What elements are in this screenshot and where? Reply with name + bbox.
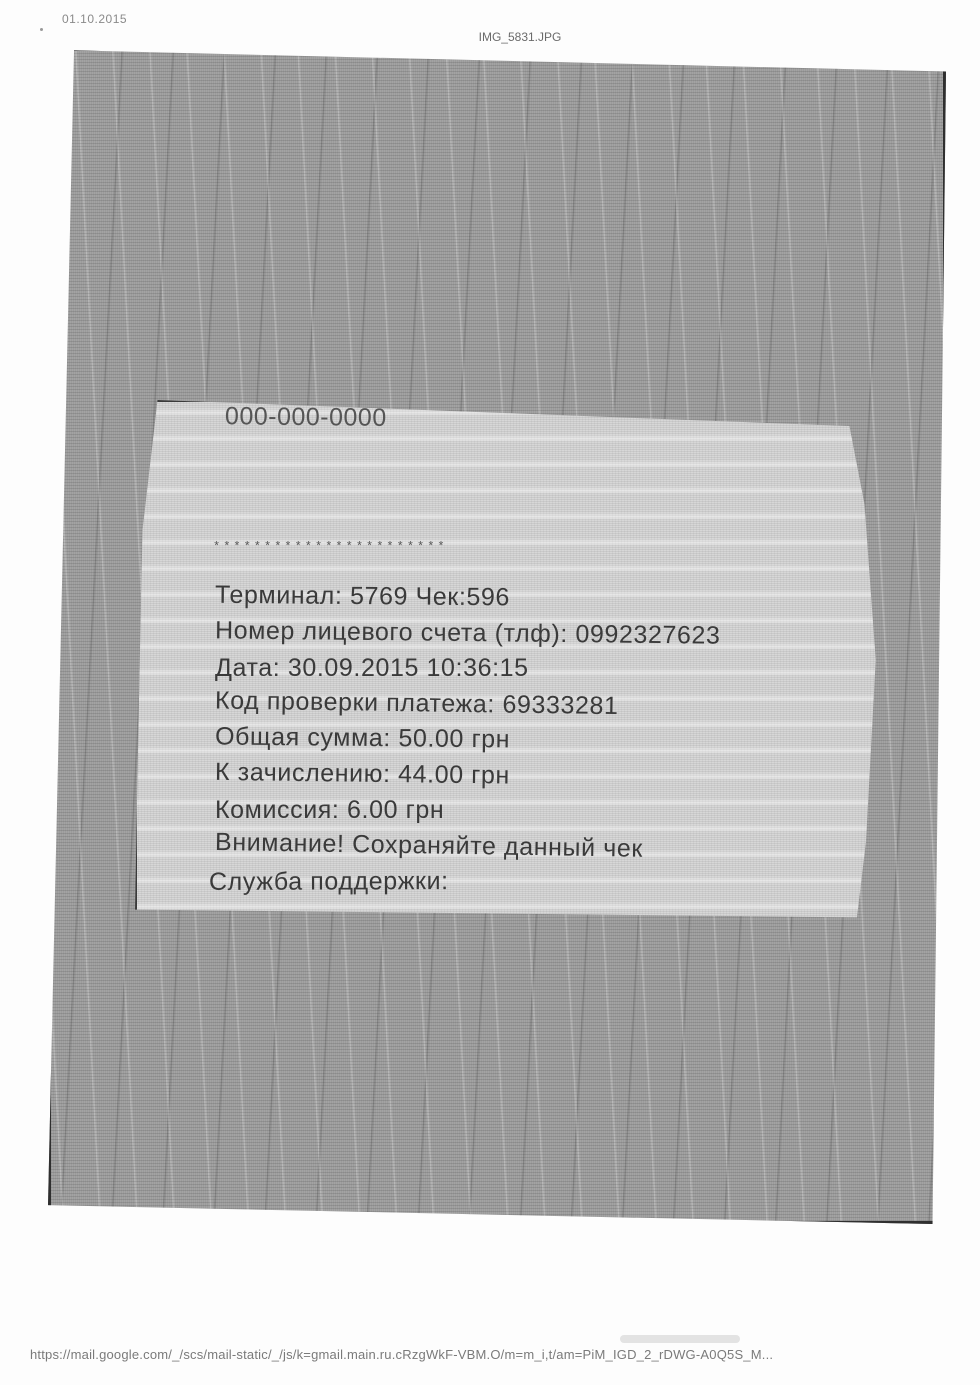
receipt-support-line: Служба поддержки: (209, 863, 721, 900)
receipt-separator: *********************** (213, 540, 448, 554)
receipt-account-line: Номер лицевого счета (тлф): 0992327623 (215, 613, 721, 654)
receipt-lines: Терминал: 5769 Чек:596 Номер лицевого сч… (215, 580, 721, 900)
receipt-credited-line: К зачислению: 44.00 грн (215, 754, 721, 796)
receipt-date-line: Дата: 30.09.2015 10:36:15 (215, 651, 721, 687)
receipt-terminal-line: Терминал: 5769 Чек:596 (215, 578, 721, 618)
print-source-url: https://mail.google.com/_/scs/mail-stati… (30, 1347, 773, 1362)
document-title: IMG_5831.JPG (0, 30, 980, 44)
scan-smudge (620, 1335, 740, 1343)
payment-receipt: 000-000-0000 *********************** Тер… (135, 400, 887, 920)
receipt-commission-line: Комиссия: 6.00 грн (215, 793, 721, 829)
print-date: 01.10.2015 (62, 12, 127, 26)
receipt-verification-line: Код проверки платежа: 69333281 (215, 683, 721, 726)
receipt-total-line: Общая сумма: 50.00 грн (215, 719, 721, 760)
receipt-content: 000-000-0000 *********************** Тер… (135, 400, 887, 920)
receipt-warning-line: Внимание! Сохраняйте данный чек (215, 825, 721, 868)
